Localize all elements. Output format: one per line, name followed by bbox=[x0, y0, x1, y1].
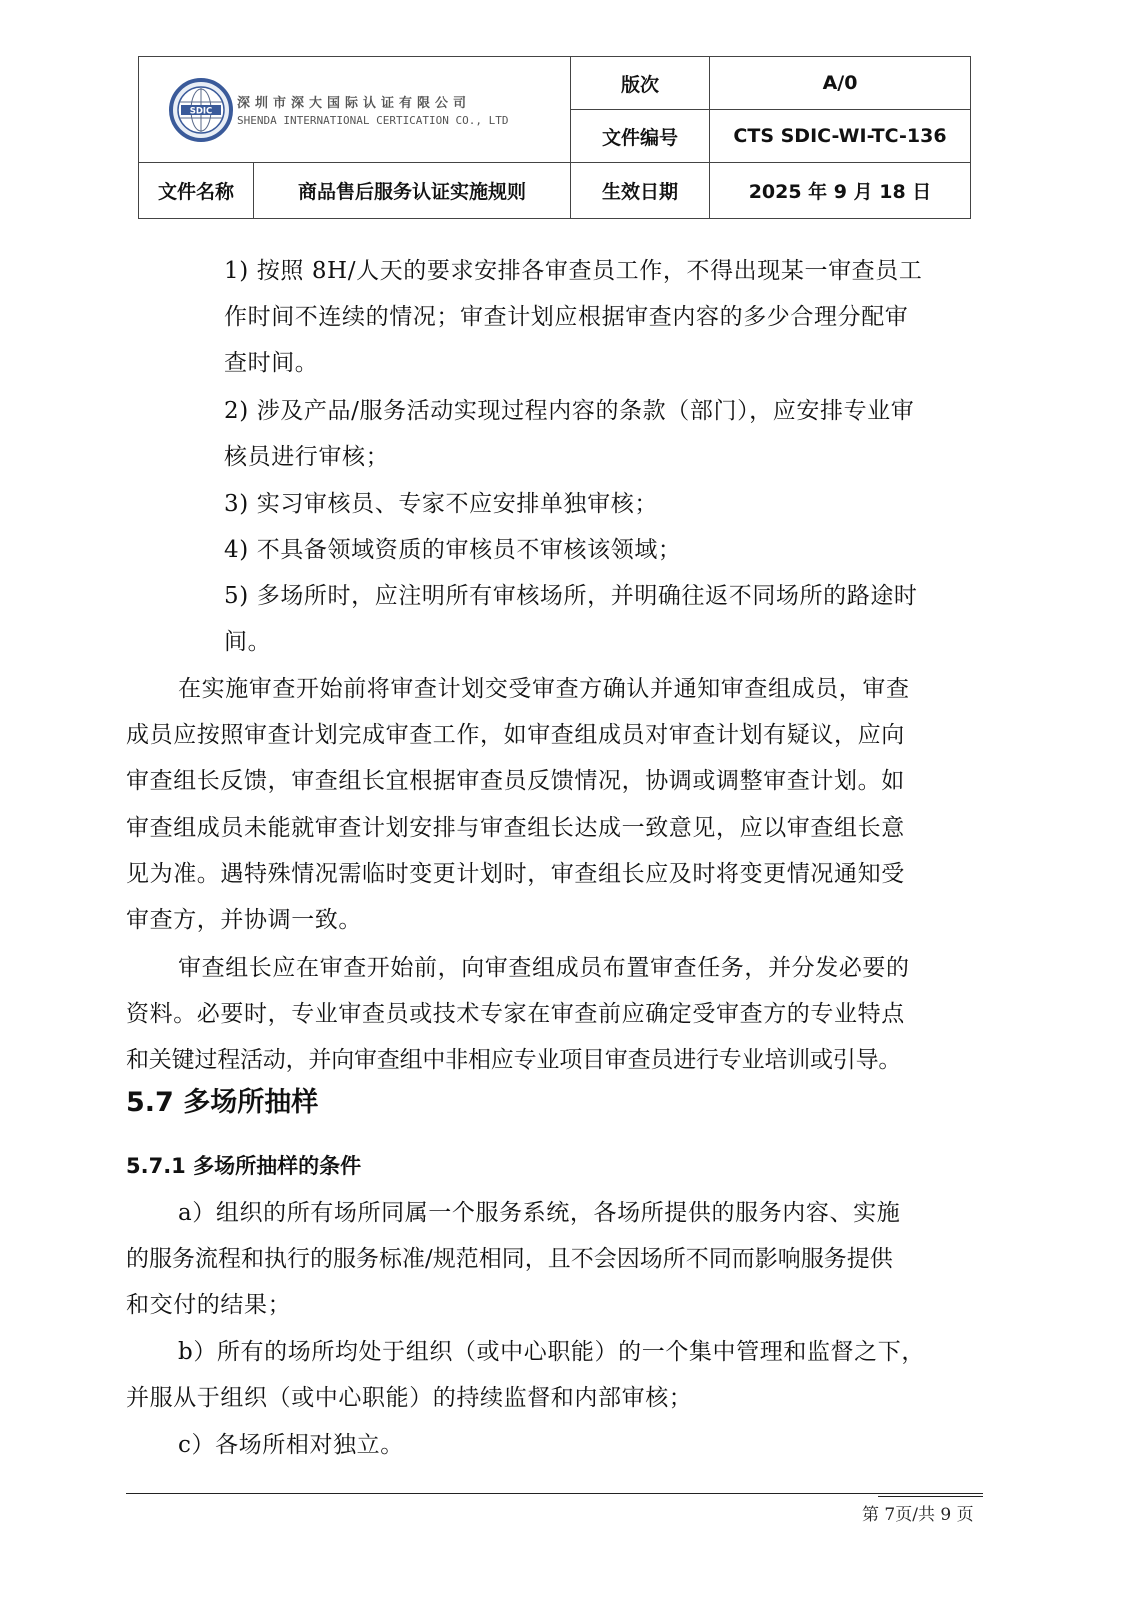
footer-divider-short bbox=[878, 1496, 983, 1497]
list-line: 5) 多场所时，应注明所有审核场所，并明确往返不同场所的路途时 bbox=[224, 581, 918, 611]
page-number: 第 7页/共 9 页 bbox=[862, 1500, 974, 1525]
condition-line: c）各场所相对独立。 bbox=[178, 1430, 404, 1460]
paragraph-line: 审查组长应在审查开始前，向审查组成员布置审查任务，并分发必要的 bbox=[178, 953, 910, 983]
section-heading: 5.7 多场所抽样 bbox=[126, 1080, 318, 1119]
doc-number-label: 文件编号 bbox=[571, 110, 710, 163]
doc-number-value: CTS SDIC-WI-TC-136 bbox=[710, 110, 971, 163]
condition-line: 和交付的结果； bbox=[126, 1290, 291, 1320]
list-line: 核员进行审核； bbox=[224, 442, 389, 472]
condition-line: 的服务流程和执行的服务标准/规范相同，且不会因场所不同而影响服务提供 bbox=[126, 1244, 893, 1274]
effective-date-value: 2025 年 9 月 18 日 bbox=[710, 163, 971, 219]
paragraph-line: 审查方，并协调一致。 bbox=[126, 905, 362, 935]
list-line: 3) 实习审核员、专家不应安排单独审核； bbox=[224, 489, 658, 519]
company-name-en: SHENDA INTERNATIONAL CERTICATION CO., LT… bbox=[237, 114, 509, 127]
list-line: 4) 不具备领域资质的审核员不审核该领域； bbox=[224, 535, 682, 565]
version-label: 版次 bbox=[571, 57, 710, 110]
paragraph-line: 在实施审查开始前将审查计划交受审查方确认并通知审查组成员，审查 bbox=[178, 674, 910, 704]
svg-text:SDIC: SDIC bbox=[190, 106, 213, 116]
paragraph-line: 资料。必要时，专业审查员或技术专家在审查前应确定受审查方的专业特点 bbox=[126, 999, 905, 1029]
paragraph-line: 审查组成员未能就审查计划安排与审查组长达成一致意见，应以审查组长意 bbox=[126, 813, 905, 843]
version-value: A/0 bbox=[710, 57, 971, 110]
list-line: 作时间不连续的情况；审查计划应根据审查内容的多少合理分配审 bbox=[224, 302, 908, 332]
paragraph-line: 审查组长反馈，审查组长宜根据审查员反馈情况，协调或调整审查计划。如 bbox=[126, 766, 905, 796]
subsection-heading: 5.7.1 多场所抽样的条件 bbox=[126, 1150, 361, 1180]
paragraph-line: 和关键过程活动，并向审查组中非相应专业项目审查员进行专业培训或引导。 bbox=[126, 1045, 901, 1075]
company-name-cn: 深圳市深大国际认证有限公司 bbox=[237, 92, 509, 111]
list-line: 1) 按照 8H/人天的要求安排各审查员工作，不得出现某一审查员工 bbox=[224, 256, 922, 286]
footer-divider bbox=[126, 1493, 983, 1494]
paragraph-line: 成员应按照审查计划完成审查工作，如审查组成员对审查计划有疑议，应向 bbox=[126, 720, 905, 750]
list-line: 2) 涉及产品/服务活动实现过程内容的条款（部门），应安排专业审 bbox=[224, 396, 914, 426]
list-line: 查时间。 bbox=[224, 348, 318, 378]
doc-name-label: 文件名称 bbox=[139, 163, 254, 219]
company-logo-icon: SDIC bbox=[169, 78, 233, 142]
condition-line: a）组织的所有场所同属一个服务系统，各场所提供的服务内容、实施 bbox=[178, 1198, 900, 1228]
condition-line: b）所有的场所均处于组织（或中心职能）的一个集中管理和监督之下， bbox=[178, 1337, 925, 1367]
paragraph-line: 见为准。遇特殊情况需临时变更计划时，审查组长应及时将变更情况通知受 bbox=[126, 859, 905, 889]
condition-line: 并服从于组织（或中心职能）的持续监督和内部审核； bbox=[126, 1383, 692, 1413]
doc-name-value: 商品售后服务认证实施规则 bbox=[254, 163, 571, 219]
document-header-table: SDIC 深圳市深大国际认证有限公司 SHENDA INTERNATIONAL … bbox=[138, 56, 971, 219]
company-logo-cell: SDIC 深圳市深大国际认证有限公司 SHENDA INTERNATIONAL … bbox=[139, 57, 571, 163]
effective-date-label: 生效日期 bbox=[571, 163, 710, 219]
list-line: 间。 bbox=[224, 627, 271, 657]
